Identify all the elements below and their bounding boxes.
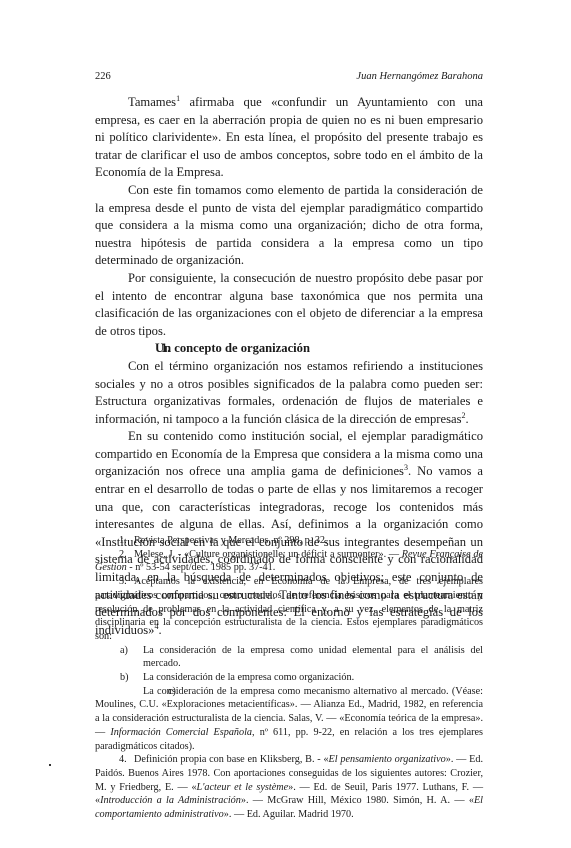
book-title: Introducción a la Administración <box>100 795 241 806</box>
section-title: Un concepto de organización <box>155 341 310 355</box>
section-number: 1. <box>128 340 155 358</box>
footnote-text: ». — McGraw Hill, México 1980. Simón, H.… <box>241 795 474 806</box>
running-head-author: Juan Hernangómez Barahona <box>356 71 483 82</box>
footnote: 2.Melese, J. - «Culture organistionelle:… <box>95 548 483 575</box>
footnote-number: 1. <box>119 534 134 548</box>
footnote-list-item: c)La consideración de la empresa como me… <box>95 685 483 754</box>
list-text: La consideración de la empresa como orga… <box>143 672 354 683</box>
page-number: 226 <box>95 71 111 82</box>
footnote-text: Definición propia con base en Kliksberg,… <box>134 754 329 765</box>
running-head: 226 Juan Hernangómez Barahona <box>95 71 483 85</box>
paragraph: Con el término organización nos estamos … <box>95 358 483 428</box>
footnote-text: Aceptamos la existencia, en Economía de … <box>95 576 483 642</box>
footnote-number: 4. <box>119 753 134 767</box>
list-label: b) <box>120 671 129 685</box>
document-page: 226 Juan Hernangómez Barahona Tamames1 a… <box>0 0 571 848</box>
book-title: El pensamiento organizativo <box>329 754 446 765</box>
scan-speck <box>49 764 51 766</box>
footnote-number: 3. <box>119 575 134 589</box>
footnote-text: Melese, J. - «Culture organistionelle: u… <box>134 549 402 560</box>
book-title: L'acteur et le système <box>197 782 289 793</box>
footnote-text: ». — Ed. Aguilar. Madrid 1970. <box>224 809 354 820</box>
footnotes: 1.Revista Perspectivas y Mercados, nº 29… <box>95 534 483 822</box>
footnote: 4.Definición propia con base en Kliksber… <box>95 753 483 822</box>
list-label: a) <box>120 644 128 658</box>
footnote-list-item: a)La consideración de la empresa como un… <box>95 644 483 671</box>
paragraph-text: Tamames <box>128 95 176 109</box>
footnote: 3.Aceptamos la existencia, en Economía d… <box>95 575 483 644</box>
footnote-list-item: b)La consideración de la empresa como or… <box>95 671 483 685</box>
list-text: La consideración de la empresa como unid… <box>143 645 483 670</box>
paragraph: Tamames1 afirmaba que «confundir un Ayun… <box>95 94 483 182</box>
paragraph-text: Con el término organización nos estamos … <box>95 359 483 426</box>
paragraph-text: . <box>465 412 468 426</box>
journal-title: Información Comercial Española <box>110 727 252 738</box>
footnote-text: - nº 53-54 sept/dec. 1985 pp. 37-41. <box>127 562 276 573</box>
footnote-number: 2. <box>119 548 134 562</box>
footnote: 1.Revista Perspectivas y Mercados, nº 29… <box>95 534 483 548</box>
footnote-text: Revista Perspectivas y Mercados, nº 298,… <box>134 535 328 546</box>
section-heading: 1.Un concepto de organización <box>95 340 483 358</box>
paragraph: Por consiguiente, la consecución de nues… <box>95 270 483 340</box>
paragraph: Con este fin tomamos como elemento de pa… <box>95 182 483 270</box>
